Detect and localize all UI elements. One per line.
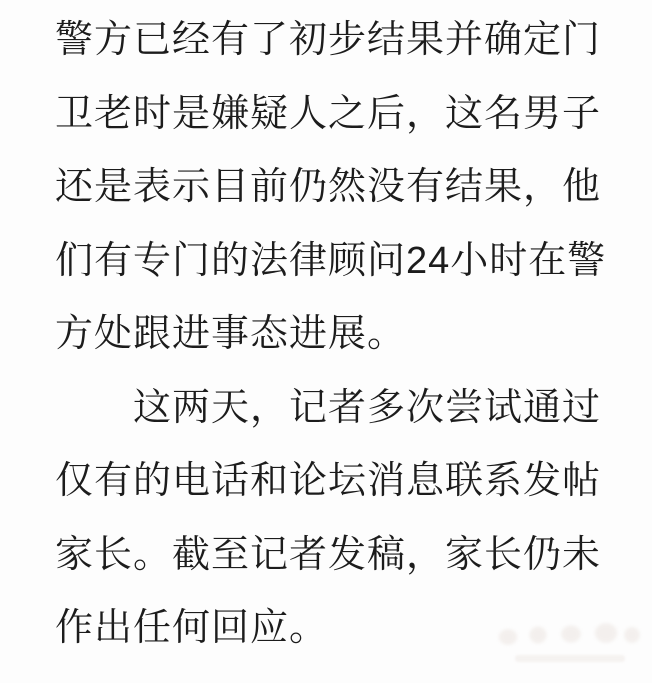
article-text-line: 卫老时是嫌疑人之后，这名男子 xyxy=(55,78,612,152)
article-text-line: 们有专门的法律顾问24小时在警 xyxy=(55,225,612,299)
article-text-line: 方处跟进事态进展。 xyxy=(55,298,612,372)
article-text-line: 警方已经有了初步结果并确定门 xyxy=(55,4,612,78)
article-body: 警方已经有了初步结果并确定门 卫老时是嫌疑人之后，这名男子 还是表示目前仍然没有… xyxy=(55,4,612,666)
article-text-line: 仅有的电话和论坛消息联系发帖 xyxy=(55,445,612,519)
article-text-line: 还是表示目前仍然没有结果，他 xyxy=(55,151,612,225)
article-page: 警方已经有了初步结果并确定门 卫老时是嫌疑人之后，这名男子 还是表示目前仍然没有… xyxy=(0,0,652,683)
article-text-line: 作出任何回应。 xyxy=(55,592,612,666)
article-text-line: 这两天，记者多次尝试通过 xyxy=(55,372,612,446)
article-text-line: 家长。截至记者发稿，家长仍未 xyxy=(55,519,612,593)
